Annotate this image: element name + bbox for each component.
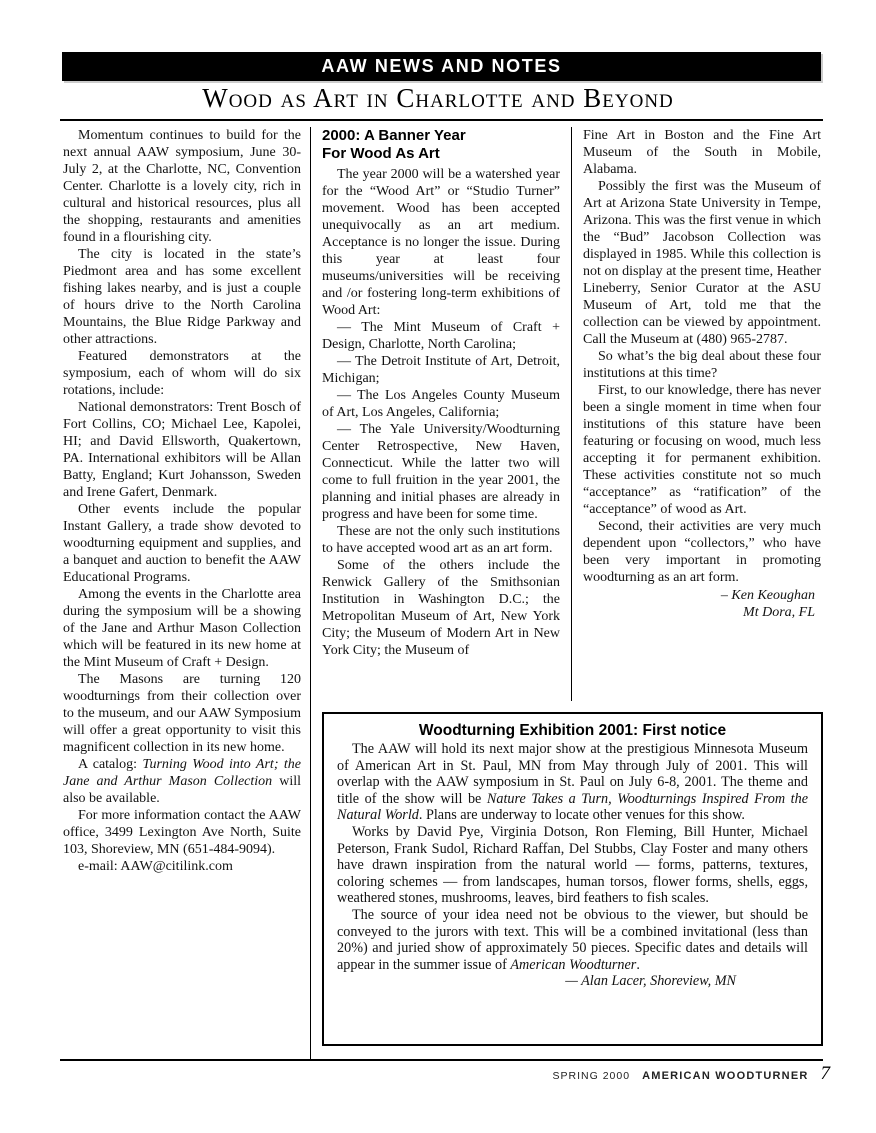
paragraph: Momentum continues to build for the next… — [63, 127, 301, 246]
footer-season: SPRING 2000 — [553, 1070, 631, 1082]
list-item: — The Detroit Institute of Art, Detroit,… — [322, 353, 560, 387]
paragraph: Works by David Pye, Virginia Dotson, Ron… — [337, 824, 808, 907]
author-signature: – Ken Keoughan Mt Dora, FL — [583, 587, 821, 621]
subsection-heading-line2: For Wood As Art — [322, 145, 560, 163]
paragraph: So what’s the big deal about these four … — [583, 348, 821, 382]
paragraph: Some of the others include the Renwick G… — [322, 557, 560, 659]
column-divider — [571, 127, 572, 701]
author-name: – Ken Keoughan — [583, 587, 815, 604]
list-item: — The Los Angeles County Museum of Art, … — [322, 387, 560, 421]
paragraph: Fine Art in Boston and the Fine Art Muse… — [583, 127, 821, 178]
exhibition-notice-box: Woodturning Exhibition 2001: First notic… — [322, 712, 823, 1046]
paragraph: The city is located in the state’s Piedm… — [63, 246, 301, 348]
column-3: Fine Art in Boston and the Fine Art Muse… — [583, 127, 821, 621]
paragraph: The Masons are turning 120 woodturnings … — [63, 671, 301, 756]
paragraph: Second, their activities are very much d… — [583, 518, 821, 586]
paragraph: The source of your idea need not be obvi… — [337, 907, 808, 973]
footer-magazine-name: AMERICAN WOODTURNER — [642, 1070, 808, 1082]
paragraph: The year 2000 will be a watershed year f… — [322, 166, 560, 319]
column-1: Momentum continues to build for the next… — [63, 127, 301, 875]
paragraph: A catalog: Turning Wood into Art; the Ja… — [63, 756, 301, 807]
paragraph: Possibly the first was the Museum of Art… — [583, 178, 821, 348]
paragraph: These are not the only such institutions… — [322, 523, 560, 557]
title-rule — [60, 119, 823, 121]
paragraph: National demonstrators: Trent Bosch of F… — [63, 399, 301, 501]
footer-page-number: 7 — [821, 1063, 831, 1085]
list-item: — The Mint Museum of Craft + Design, Cha… — [322, 319, 560, 353]
column-2: 2000: A Banner Year For Wood As Art The … — [322, 127, 560, 659]
section-banner-label: AAW NEWS AND NOTES — [321, 56, 561, 77]
section-banner: AAW NEWS AND NOTES — [62, 52, 821, 81]
paragraph: The AAW will hold its next major show at… — [337, 741, 808, 824]
list-item: — The Yale University/Woodturning Center… — [322, 421, 560, 523]
paragraph: For more information contact the AAW off… — [63, 807, 301, 858]
author-location: Mt Dora, FL — [583, 604, 815, 621]
magazine-page: { "banner": { "label": "AAW NEWS AND NOT… — [0, 0, 876, 1133]
paragraph: Featured demonstrators at the symposium,… — [63, 348, 301, 399]
article-title: Wood as Art in Charlotte and Beyond — [0, 83, 876, 114]
column-divider — [310, 127, 311, 1059]
subsection-heading-line1: 2000: A Banner Year — [322, 127, 560, 145]
paragraph: Other events include the popular Instant… — [63, 501, 301, 586]
subsection-heading: 2000: A Banner Year For Wood As Art — [322, 127, 560, 163]
notice-title: Woodturning Exhibition 2001: First notic… — [337, 721, 808, 741]
paragraph: Among the events in the Charlotte area d… — [63, 586, 301, 671]
notice-signature: — Alan Lacer, Shoreview, MN — [337, 973, 808, 990]
page-footer: SPRING 2000 AMERICAN WOODTURNER 7 — [553, 1063, 830, 1085]
email-line: e-mail: AAW@citilink.com — [63, 858, 301, 875]
paragraph: First, to our knowledge, there has never… — [583, 382, 821, 518]
footer-rule — [60, 1059, 823, 1061]
